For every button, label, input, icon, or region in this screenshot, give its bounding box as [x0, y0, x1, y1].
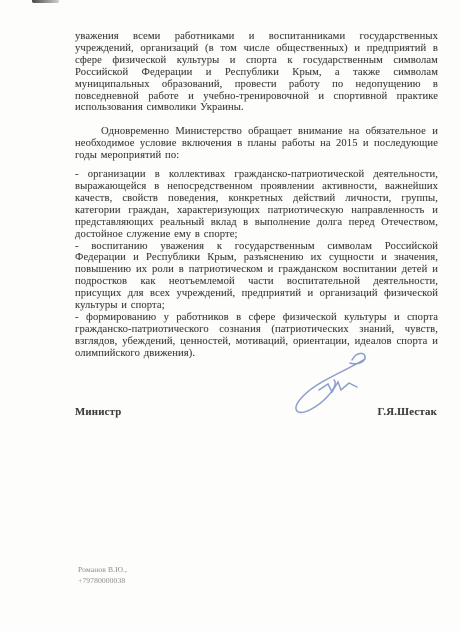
- executor-phone: +79780000038: [78, 575, 127, 586]
- executor-contact-block: Романов В.Ю., +79780000038: [78, 564, 127, 586]
- scan-artifact-top-edge: [32, 0, 59, 3]
- list-item-formation: - формированию у работников в сфере физи…: [75, 312, 438, 360]
- signatory-name: Г.Я.Шестак: [378, 406, 437, 418]
- paragraph-continuation: уважения всеми работниками и воспитанник…: [75, 31, 438, 114]
- list-item-organization: - организации в коллективах гражданско-п…: [75, 169, 438, 240]
- document-page: уважения всеми работниками и воспитанник…: [0, 0, 460, 632]
- signatory-title: Министр: [75, 406, 122, 418]
- paragraph-ministry-notice: Одновременно Министерство обращает внима…: [75, 126, 438, 162]
- signature-row: Министр Г.Я.Шестак: [75, 406, 437, 418]
- list-item-upbringing: - воспитанию уважения к государственным …: [75, 241, 438, 312]
- letter-body: уважения всеми работниками и воспитанник…: [75, 31, 438, 360]
- executor-name: Романов В.Ю.,: [78, 564, 127, 575]
